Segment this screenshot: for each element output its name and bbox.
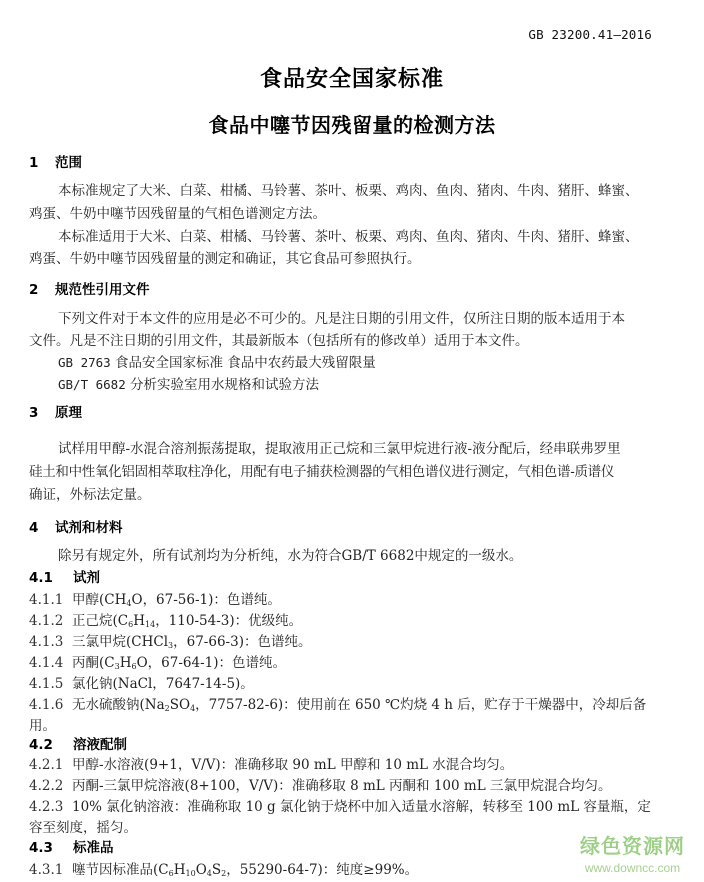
item-text: 甲醇-水溶液(9+1，V/V)：准确移取 90 mL 甲醇和 10 mL 水混合… (72, 757, 513, 773)
subsection-number: 4.2 (29, 739, 73, 753)
reference-title: 分析实验室用水规格和试验方法 (130, 377, 319, 393)
reagent-detail: ，67-64-1)：色谱纯。 (148, 655, 286, 671)
reagent-item: 4.1.1甲醇(CH4O，67-56-1)：色谱纯。 (29, 594, 281, 608)
document-subtitle: 食品中噻节因残留量的检测方法 (0, 109, 704, 138)
subsection-4-1-heading: 4.1试剂 (29, 572, 100, 586)
reference-code: GB/T 6682 (58, 377, 126, 392)
reagent-detail: ，7647-14-5)。 (152, 676, 254, 692)
subsection-number: 4.1 (29, 572, 73, 586)
chemical-formula: CH4O (104, 592, 142, 608)
normative-reference: GB/T 6682 分析实验室用水规格和试验方法 (58, 379, 319, 393)
paragraph-line: 本标准适用于大米、白菜、柑橘、马铃薯、茶叶、板栗、鸡肉、鱼肉、猪肉、牛肉、猪肝、… (58, 231, 639, 245)
paragraph-line: 除另有规定外，所有试剂均为分析纯，水为符合GB/T 6682中规定的一级水。 (58, 550, 522, 564)
subsection-number: 4.3 (29, 842, 73, 856)
paragraph-line: 确证，外标法定量。 (29, 489, 151, 503)
reference-title: 食品安全国家标准 食品中农药最大残留限量 (115, 355, 376, 371)
reagent-name: 氯化钠 (72, 676, 113, 692)
item-text: 10% 氯化钠溶液：准确称取 10 g 氯化钠于烧杯中加入适量水溶解，转移至 1… (72, 799, 651, 815)
reagent-item: 4.1.6无水硫酸钠(Na2SO4，7757-82-6)：使用前在 650 ℃灼… (29, 699, 646, 713)
subsection-title: 试剂 (73, 570, 100, 586)
normative-reference: GB 2763 食品安全国家标准 食品中农药最大残留限量 (58, 357, 376, 371)
standard-code: GB 23200.41—2016 (528, 27, 652, 42)
section-title: 规范性引用文件 (55, 282, 150, 298)
reagent-item: 4.1.4丙酮(C3H6O，67-64-1)：色谱纯。 (29, 657, 286, 671)
reagent-detail: ，67-56-1)：色谱纯。 (143, 592, 281, 608)
chemical-formula: C3H6O (104, 655, 147, 671)
standard-item: 4.3.1噻节因标准品(C6H10O4S2，55290-64-7)：纯度≥99%… (29, 864, 418, 878)
solution-item: 4.2.310% 氯化钠溶液：准确称取 10 g 氯化钠于烧杯中加入适量水溶解，… (29, 801, 651, 815)
standard-detail: ，55290-64-7)：纯度≥99%。 (226, 862, 418, 878)
section-title: 试剂和材料 (55, 520, 123, 536)
paragraph-line: 硅土和中性氧化铝固相萃取柱净化，用配有电子捕获检测器的气相色谱仪进行测定，气相色… (29, 466, 614, 480)
section-number: 3 (29, 407, 55, 421)
reagent-name: 丙酮 (72, 655, 99, 671)
paragraph-line: 文件。凡是不注日期的引用文件，其最新版本（包括所有的修改单）适用于本文件。 (29, 335, 529, 349)
section-1-heading: 1范围 (29, 157, 82, 171)
chemical-formula: CHCl3 (131, 634, 173, 650)
paragraph-line: 鸡蛋、牛奶中噻节因残留量的气相色谱测定方法。 (29, 208, 326, 222)
reagent-name: 正己烷 (72, 613, 113, 629)
subsection-title: 溶液配制 (73, 737, 127, 753)
paragraph-line: 试样用甲醇-水混合溶剂振荡提取，提取液用正己烷和三氯甲烷进行液-液分配后，经串联… (58, 443, 621, 457)
item-number: 4.1.6 (29, 699, 72, 713)
item-number: 4.1.4 (29, 657, 72, 671)
section-title: 范围 (55, 155, 82, 171)
paragraph-line: 用。 (29, 720, 56, 734)
standard-name: 噻节因标准品 (72, 862, 153, 878)
section-2-heading: 2规范性引用文件 (29, 284, 150, 298)
paragraph-line: 下列文件对于本文件的应用是必不可少的。凡是注日期的引用文件，仅所注日期的版本适用… (58, 313, 625, 327)
reagent-name: 无水硫酸钠 (72, 697, 140, 713)
watermark-name: 绿色资源网 (570, 830, 695, 859)
reagent-name: 三氯甲烷 (72, 634, 126, 650)
chemical-formula: C6H14 (118, 613, 155, 629)
chemical-formula: NaCl (118, 676, 153, 692)
item-number: 4.1.5 (29, 678, 72, 692)
item-text: 丙酮-三氯甲烷溶液(8+100，V/V)：准确移取 8 mL 丙酮和 100 m… (72, 778, 611, 794)
item-number: 4.1.1 (29, 594, 72, 608)
reagent-item: 4.1.2正己烷(C6H14，110-54-3)：优级纯。 (29, 615, 302, 629)
subsection-4-2-heading: 4.2溶液配制 (29, 739, 127, 753)
section-4-heading: 4试剂和材料 (29, 522, 123, 536)
section-number: 2 (29, 284, 55, 298)
watermark-url: www.downcc.com (570, 861, 695, 875)
section-title: 原理 (55, 405, 82, 421)
reference-code: GB 2763 (58, 355, 111, 370)
reagent-detail: ，110-54-3)：优级纯。 (155, 613, 302, 629)
item-number: 4.1.3 (29, 636, 72, 650)
reagent-item: 4.1.5氯化钠(NaCl，7647-14-5)。 (29, 678, 254, 692)
solution-item: 4.2.2丙酮-三氯甲烷溶液(8+100，V/V)：准确移取 8 mL 丙酮和 … (29, 780, 611, 794)
reagent-item: 4.1.3三氯甲烷(CHCl3，67-66-3)：色谱纯。 (29, 636, 311, 650)
subsection-title: 标准品 (73, 840, 114, 856)
paragraph-line: 容至刻度，摇匀。 (29, 822, 137, 836)
chemical-formula: Na2SO4 (145, 697, 195, 713)
chemical-formula: C6H10O4S2 (158, 862, 226, 878)
paragraph-line: 本标准规定了大米、白菜、柑橘、马铃薯、茶叶、板栗、鸡肉、鱼肉、猪肉、牛肉、猪肝、… (58, 185, 639, 199)
section-3-heading: 3原理 (29, 407, 82, 421)
watermark: 绿色资源网 www.downcc.com (570, 830, 695, 875)
section-number: 4 (29, 522, 55, 536)
item-number: 4.2.3 (29, 801, 72, 815)
solution-item: 4.2.1甲醇-水溶液(9+1，V/V)：准确移取 90 mL 甲醇和 10 m… (29, 759, 513, 773)
section-number: 1 (29, 157, 55, 171)
reagent-name: 甲醇 (72, 592, 99, 608)
reagent-detail: ，7757-82-6)：使用前在 650 ℃灼烧 4 h 后，贮存于干燥器中，冷… (195, 697, 646, 713)
item-number: 4.3.1 (29, 864, 72, 878)
subsection-4-3-heading: 4.3标准品 (29, 842, 114, 856)
paragraph-line: 鸡蛋、牛奶中噻节因残留量的测定和确证，其它食品可参照执行。 (29, 253, 421, 267)
item-number: 4.2.1 (29, 759, 72, 773)
item-number: 4.2.2 (29, 780, 72, 794)
reagent-detail: ，67-66-3)：色谱纯。 (173, 634, 311, 650)
item-number: 4.1.2 (29, 615, 72, 629)
document-title: 食品安全国家标准 (0, 62, 704, 93)
